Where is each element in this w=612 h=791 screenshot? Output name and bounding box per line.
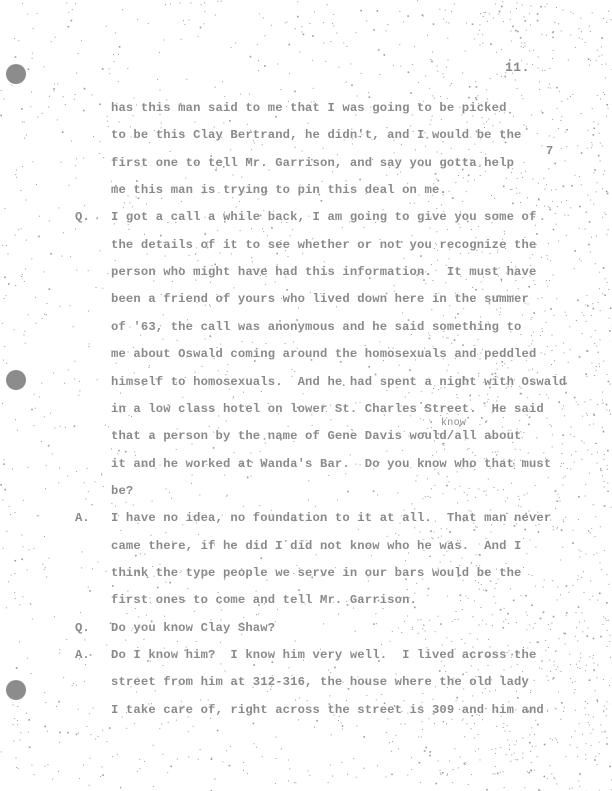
transcript-line: me this man is trying to pin this deal o… <box>111 183 447 197</box>
transcript-line: first ones to come and tell Mr. Garrison… <box>111 593 417 607</box>
speaker-label: A. <box>75 648 90 662</box>
speaker-label: Q. <box>75 621 90 635</box>
transcript-line: I take care of, right across the street … <box>111 703 544 717</box>
transcript-line: has this man said to me that I was going… <box>111 101 507 115</box>
transcript-line: been a friend of yours who lived down he… <box>111 292 529 306</box>
transcript-line: came there, if he did I did not know who… <box>111 539 522 553</box>
transcript-line: street from him at 312-316, the house wh… <box>111 675 529 689</box>
page-number: 11. <box>505 60 530 75</box>
transcript-line: Do I know him? I know him very well. I l… <box>111 648 536 662</box>
handwritten-insert: know <box>441 418 466 429</box>
document-page: 11. 7 has this man said to me that I was… <box>0 0 612 791</box>
hole-punch-bottom <box>6 680 26 700</box>
transcript-line: me about Oswald coming around the homose… <box>111 347 536 361</box>
transcript-line: it and he worked at Wanda's Bar. Do you … <box>111 457 551 471</box>
transcript-line: be? <box>111 484 133 498</box>
transcript-line: Do you know Clay Shaw? <box>111 621 275 635</box>
transcript-line: of '63, the call was anonymous and he sa… <box>111 320 522 334</box>
margin-mark: 7 <box>546 144 553 158</box>
transcript-line: the details of it to see whether or not … <box>111 238 536 252</box>
transcript-line: I have no idea, no foundation to it at a… <box>111 511 551 525</box>
speaker-label: Q. <box>75 210 90 224</box>
transcript-line: to be this Clay Bertrand, he didn't, and… <box>111 128 522 142</box>
transcript-line: think the type people we serve in our ba… <box>111 566 522 580</box>
transcript-line: that a person by the name of Gene Davis … <box>111 429 522 443</box>
transcript-line: first one to tell Mr. Garrison, and say … <box>111 156 514 170</box>
transcript-line: person who might have had this informati… <box>111 265 536 279</box>
hole-punch-top <box>6 64 26 84</box>
hole-punch-middle <box>6 370 26 390</box>
transcript-line: himself to homosexuals. And he had spent… <box>111 375 566 389</box>
scan-noise <box>0 0 612 791</box>
transcript-line: I got a call a while back, I am going to… <box>111 210 536 224</box>
transcript-line: in a low class hotel on lower St. Charle… <box>111 402 544 416</box>
speaker-label: A. <box>75 511 90 525</box>
